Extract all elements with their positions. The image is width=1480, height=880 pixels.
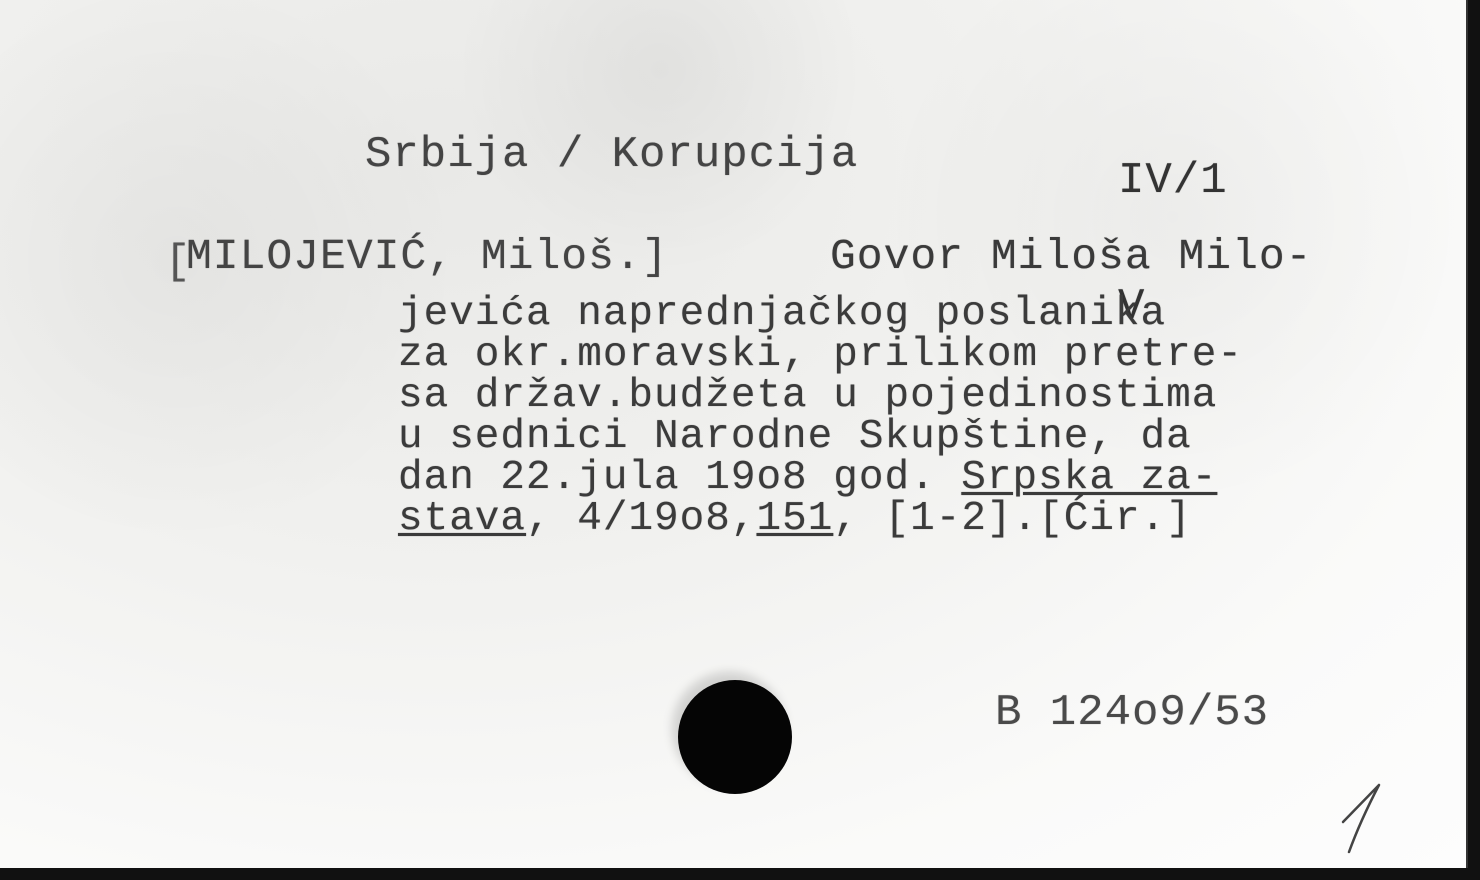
issue: 4/19o8, bbox=[577, 496, 756, 542]
page: 151 bbox=[756, 496, 833, 542]
entry-line-6: dan 22.jula 19o8 god. Srpska za- bbox=[398, 458, 1217, 499]
page-range: 1-2 bbox=[910, 496, 987, 542]
classification-primary: IV/1 bbox=[1118, 160, 1228, 202]
catalog-card: Srbija / Korupcija IV/1 V [ MILOJEVIĆ, M… bbox=[0, 0, 1468, 868]
entry-line-4: sa držav.budžeta u pojedinostima bbox=[398, 376, 1217, 417]
entry-line-5: u sednici Narodne Skupštine, da bbox=[398, 417, 1192, 458]
call-number: B 124o9/53 bbox=[995, 688, 1269, 738]
source-title-a: Srpska za- bbox=[961, 455, 1217, 501]
entry-line-2: jevića naprednjačkog poslanika bbox=[398, 294, 1166, 335]
punch-hole bbox=[678, 680, 792, 794]
date-text: dan 22.jula 19o8 god. bbox=[398, 455, 936, 501]
author-text: MILOJEVIĆ, Miloš. bbox=[186, 232, 642, 281]
subject-heading: Srbija / Korupcija bbox=[365, 130, 858, 180]
script-note: Ćir. bbox=[1064, 496, 1166, 542]
entry-line-7: stava, 4/19o8,151, [1-2].[Ćir.] bbox=[398, 499, 1192, 540]
author-name: MILOJEVIĆ, Miloš.] bbox=[186, 232, 668, 281]
title-line-1: Govor Miloša Milo- bbox=[830, 232, 1312, 281]
source-title-b: stava bbox=[398, 496, 526, 542]
entry-line-3: za okr.moravski, prilikom pretre- bbox=[398, 335, 1243, 376]
handwritten-mark-icon bbox=[1335, 780, 1395, 860]
